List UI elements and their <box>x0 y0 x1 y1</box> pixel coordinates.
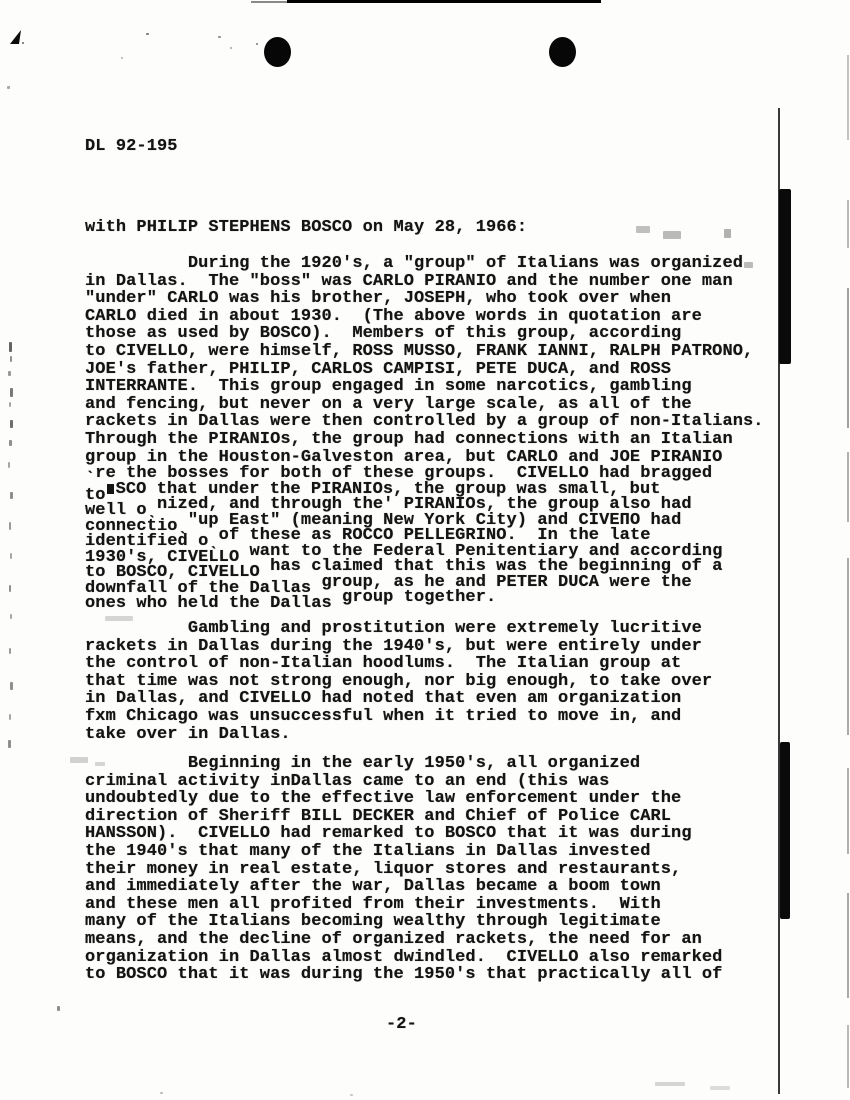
scan-speck <box>9 402 11 407</box>
text-line: organization in Dallas almost dwindled. … <box>85 949 790 967</box>
edge-shadow-segment <box>847 452 849 522</box>
text-line: to BOSCO that it was during the 1950's t… <box>85 966 790 984</box>
scan-speck <box>655 1082 685 1086</box>
page-number: -2- <box>386 1015 417 1034</box>
text-line: rackets in Dallas during the 1940's, but… <box>85 638 790 656</box>
text-line: and these men all profited from their in… <box>85 896 790 914</box>
paragraph-1-warped-lines: ˋre the bosses for both of these groups.… <box>85 466 790 606</box>
scan-speck <box>9 714 11 720</box>
edge-shadow-segment <box>847 55 849 140</box>
text-line: that time was not strong enough, nor big… <box>85 673 790 691</box>
scan-speck <box>22 42 24 44</box>
paragraph-3: Beginning in the early 1950's, all organ… <box>85 755 790 984</box>
scan-speck <box>95 762 105 766</box>
text-line: to CIVELLO, were himself, ROSS MUSSO, FR… <box>85 343 790 361</box>
warped-line-right-fragment: group together. <box>332 590 497 606</box>
text-line: in Dallas. The "boss" was CARLO PIRANIO … <box>85 273 790 291</box>
scan-speck <box>8 371 11 376</box>
text-line: Gambling and prostitution were extremely… <box>85 620 790 638</box>
corner-ink-mark <box>10 30 21 44</box>
text-line: JOE's father, PHILIP, CARLOS CAMPISI, PE… <box>85 361 790 379</box>
scan-speck <box>8 462 10 468</box>
text-line: "under" CARLO was his brother, JOSEPH, w… <box>85 290 790 308</box>
edge-shadow-segment <box>847 288 849 428</box>
text-line: many of the Italians becoming wealthy th… <box>85 913 790 931</box>
text-line: INTERRANTE. This group engaged in some n… <box>85 378 790 396</box>
edge-shadow-segment <box>847 768 849 854</box>
scan-speck <box>9 522 11 530</box>
text-line: undoubtedly due to the effective law enf… <box>85 790 790 808</box>
text-line: and immediately after the war, Dallas be… <box>85 878 790 896</box>
text-line: direction of Sheriff BILL DECKER and Chi… <box>85 808 790 826</box>
scan-speck <box>10 388 13 397</box>
scan-speck <box>70 757 88 763</box>
paragraph-1: During the 1920's, a "group" of Italians… <box>85 255 790 466</box>
scan-speck <box>724 229 731 238</box>
scan-speck <box>7 86 10 89</box>
text-line: those as used by BOSCO). Members of this… <box>85 325 790 343</box>
scan-speck <box>218 36 221 38</box>
edge-shadow-segment <box>847 893 849 998</box>
scan-speck <box>121 57 123 59</box>
edge-shadow-segment <box>847 558 849 735</box>
text-line: means, and the decline of organized rack… <box>85 931 790 949</box>
text-line: Beginning in the early 1950's, all organ… <box>85 755 790 773</box>
edge-shadow-segment <box>847 200 849 248</box>
scan-speck <box>744 262 753 268</box>
scan-speck <box>350 1094 353 1096</box>
text-line: CARLO died in about 1930. (The above wor… <box>85 308 790 326</box>
scan-speck <box>256 43 258 45</box>
text-line: the control of non-Italian hoodlums. The… <box>85 655 790 673</box>
intro-line: with PHILIP STEPHENS BOSCO on May 28, 19… <box>85 219 790 237</box>
text-line: Through the PIRANIOs, the group had conn… <box>85 431 790 449</box>
top-edge-rule <box>287 0 601 3</box>
overstrike-blot <box>107 484 114 494</box>
scan-speck <box>57 1006 60 1011</box>
text-line: rackets in Dallas were then controlled b… <box>85 413 790 431</box>
text-line: their money in real estate, liquor store… <box>85 861 790 879</box>
scan-speck <box>160 1092 163 1094</box>
scan-speck <box>663 231 681 239</box>
scan-speck <box>9 648 11 654</box>
text-line: the 1940's that many of the Italians in … <box>85 843 790 861</box>
top-edge-rule-lead <box>251 1 288 3</box>
scan-speck <box>10 420 13 428</box>
hole-punch-left <box>264 37 291 67</box>
scan-speck <box>9 440 12 446</box>
text-line: During the 1920's, a "group" of Italians… <box>85 255 790 273</box>
file-number: DL 92-195 <box>85 138 790 156</box>
scan-speck <box>636 226 650 233</box>
scan-speck <box>10 356 12 362</box>
scan-speck <box>710 1086 730 1090</box>
text-line: take over in Dallas. <box>85 726 790 744</box>
text-line: and fencing, but never on a very large s… <box>85 396 790 414</box>
scan-speck <box>10 553 12 559</box>
scan-speck <box>146 33 149 35</box>
scan-speck <box>9 585 11 592</box>
scanned-document-page: DL 92-195 with PHILIP STEPHENS BOSCO on … <box>0 0 850 1100</box>
scan-speck <box>230 47 232 49</box>
text-line: HANSSON). CIVELLO had remarked to BOSCO … <box>85 825 790 843</box>
hole-punch-right <box>549 37 576 67</box>
scan-speck <box>10 492 13 499</box>
scan-speck <box>9 342 12 352</box>
scan-speck <box>105 616 133 621</box>
scan-speck <box>8 740 11 748</box>
paragraph-2: Gambling and prostitution were extremely… <box>85 620 790 743</box>
warped-line-left-fragment: ones who held the Dallas <box>85 596 332 612</box>
text-line: criminal activity inDallas came to an en… <box>85 773 790 791</box>
scan-speck <box>10 614 12 619</box>
edge-shadow-segment <box>847 1025 849 1088</box>
scan-speck <box>10 682 13 690</box>
text-line: in Dallas, and CIVELLO had noted that ev… <box>85 690 790 708</box>
text-line: fxm Chicago was unsuccessful when it tri… <box>85 708 790 726</box>
